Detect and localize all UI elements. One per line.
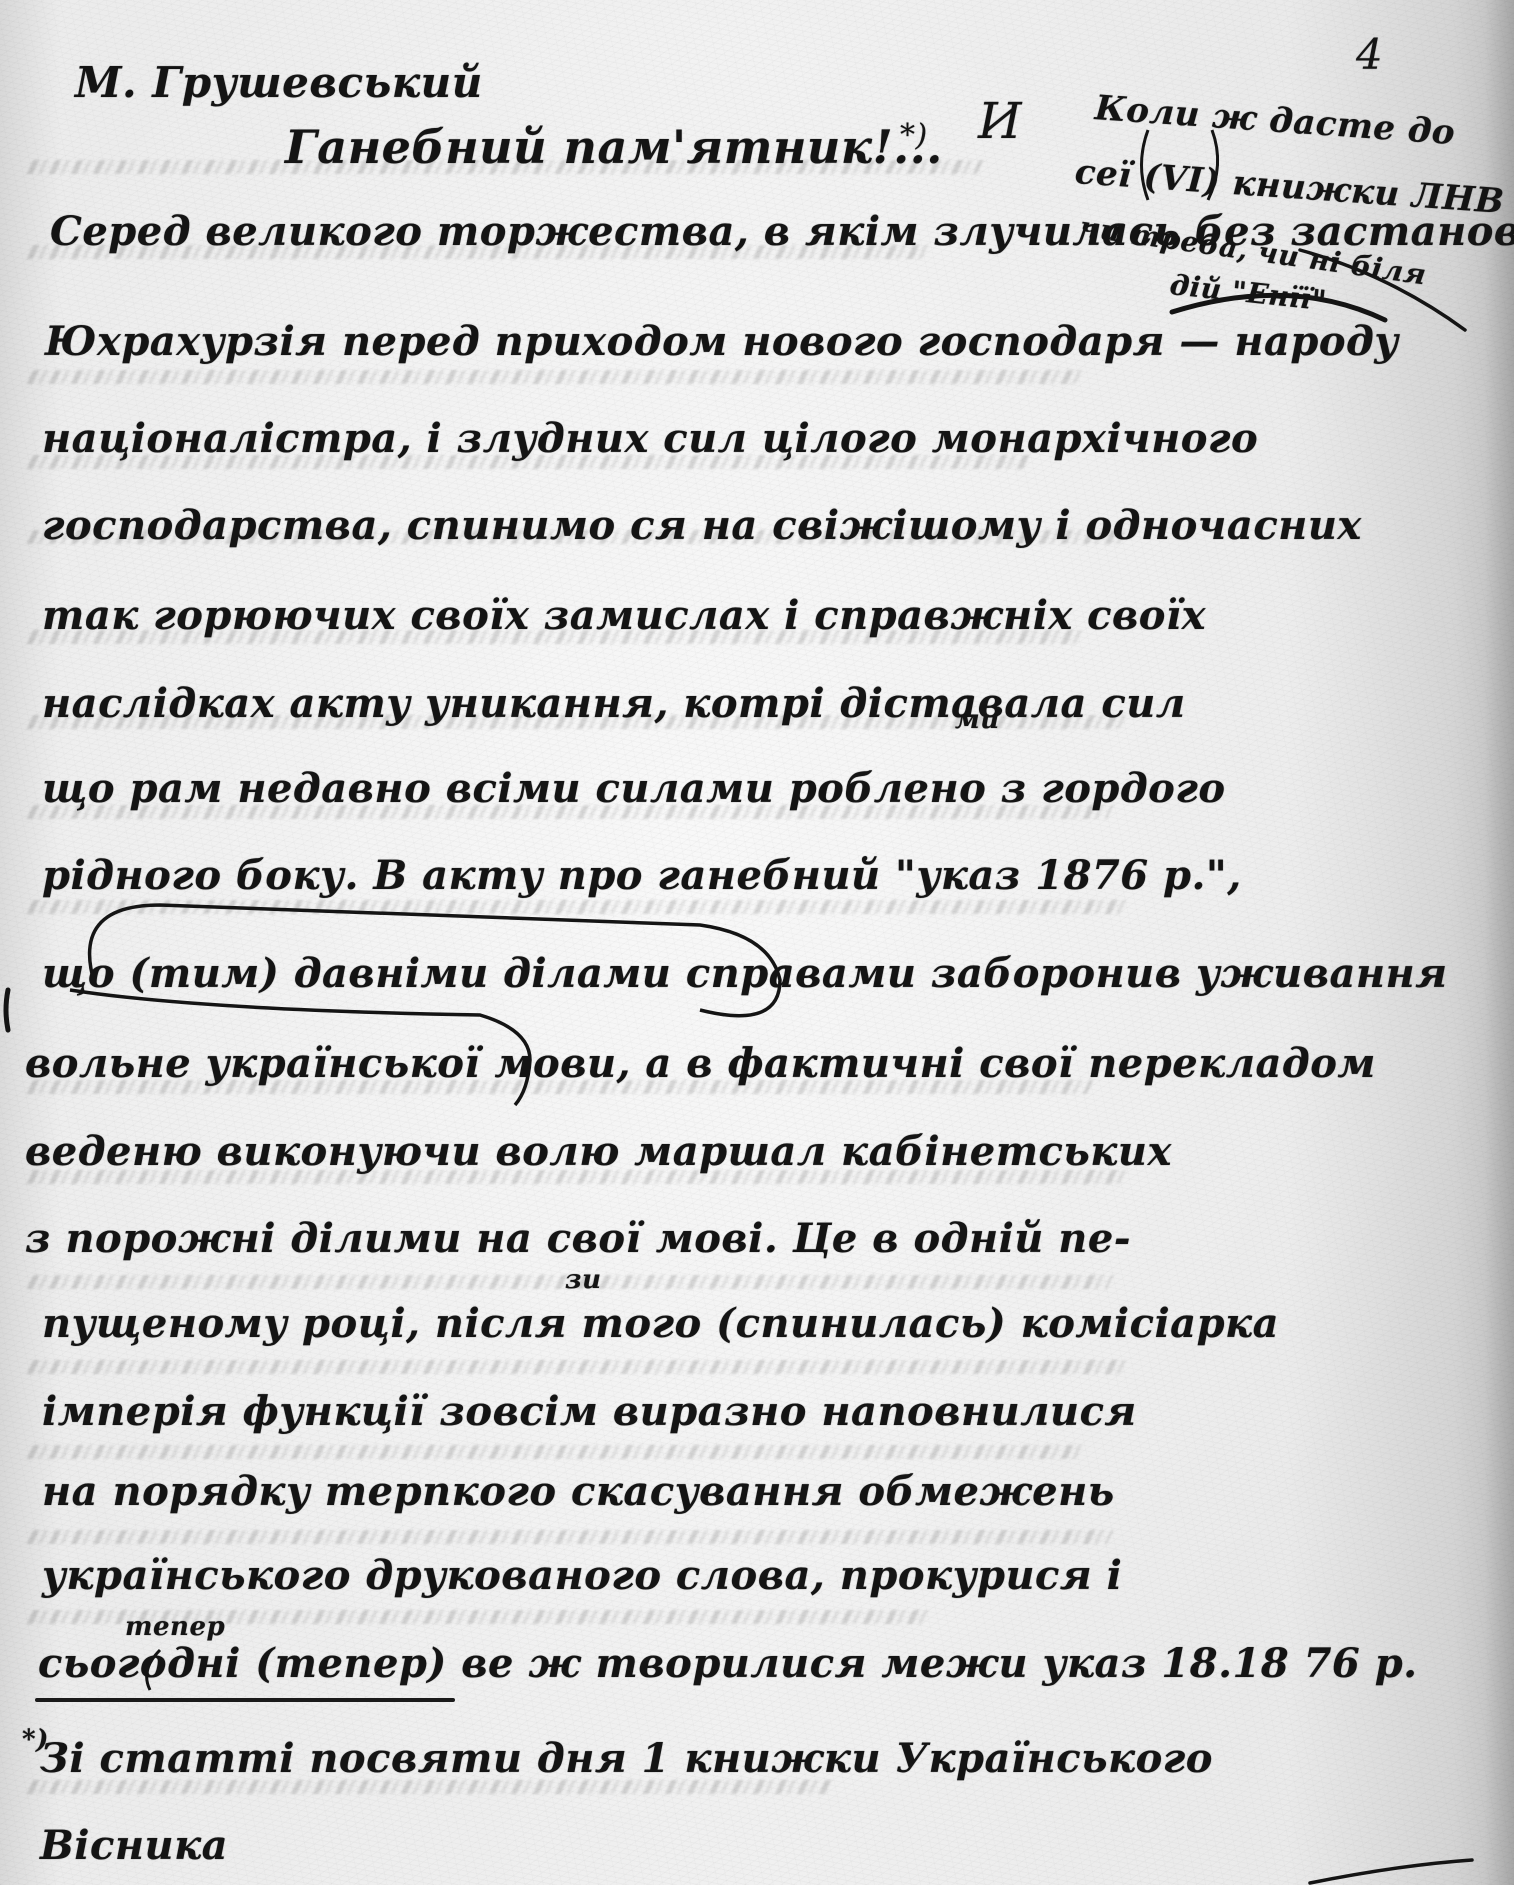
interlinear-insertion: тепер [125,1612,225,1642]
footnote-line: Зі статті посвяти дня 1 книжки Українськ… [40,1735,1213,1782]
body-line: господарства, спинимо ся на свіжішому і … [42,502,1362,549]
body-line: імперія функції зовсім виразно наповнили… [42,1388,1137,1435]
bleed-through-line [27,1530,1114,1544]
title-footnote-marker: *) [900,118,928,153]
interlinear-insertion: ми [955,705,1000,735]
body-line: наслідках акту уникання, котрі діставала… [42,680,1186,727]
author-name: М. Грушевський [75,58,483,107]
title-annotation-letter: И [978,92,1022,150]
page-edge-shadow [1484,0,1514,1885]
bleed-through-line [27,900,1134,914]
body-line: рідного боку. В акту про ганебний "указ … [42,852,1242,899]
body-line: сьогодні (тепер) ве ж творилися межи ука… [38,1640,1418,1687]
body-line: Серед великого торжества, в якім злучила… [50,208,1514,255]
body-line: веденю виконуючи волю маршал кабінетськи… [25,1128,1172,1175]
interlinear-insertion: зи [565,1265,602,1295]
body-line: що рам недавно всіми силами роблено з го… [42,765,1226,812]
body-line: Юхрахурзія перед приходом нового господа… [45,318,1399,365]
body-line: вольне української мови, а в фактичні св… [25,1040,1376,1087]
body-line: з порожні ділими на свої мові. Це в одні… [25,1215,1131,1262]
bleed-through-line [27,1445,1084,1459]
body-line: що (тим) давніми ділами справами заборон… [42,950,1448,997]
margin-note-line: дій "Енїї" [1168,268,1328,317]
bleed-through-line [27,1780,834,1794]
margin-note-line: Коли ж дасте до [1094,88,1457,153]
bleed-through-line [27,1360,1134,1374]
body-line: націоналістра, і злудних сил цілого мона… [42,415,1258,462]
page-number: 4 [1356,30,1383,79]
footnote-separator [35,1698,455,1702]
body-line: пущеному році, після того (спинилась) ко… [42,1300,1279,1347]
body-line: так горюючих своїх замислах і справжніх … [42,592,1206,639]
body-line: на порядку терпкого скасування обмежень [42,1468,1115,1515]
bleed-through-line [27,370,1084,384]
body-line: українського друкованого слова, прокурис… [42,1552,1122,1599]
manuscript-page: 4 М. Грушевський Ганебний пам'ятник!... … [0,0,1514,1885]
page-title: Ганебний пам'ятник!... [285,120,943,174]
footnote-line: Вісника [40,1822,228,1869]
